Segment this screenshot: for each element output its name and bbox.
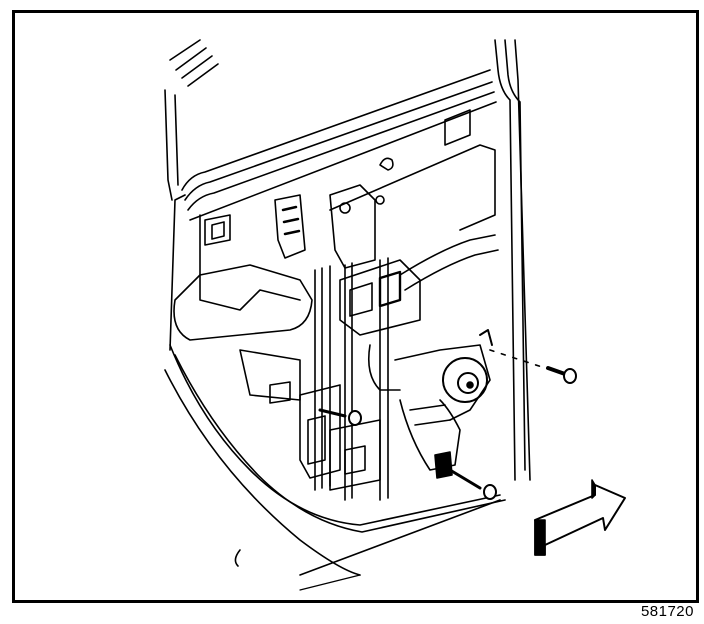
regulator-rails [300, 235, 498, 500]
front-direction-arrow [535, 480, 625, 555]
motor-bolt-upper [490, 350, 576, 383]
latch-assembly [275, 185, 384, 268]
door-outer-frame [165, 40, 530, 480]
door-illustration [0, 0, 704, 624]
figure-number: 581720 [641, 603, 694, 620]
motor-bolt-lower [450, 470, 496, 499]
